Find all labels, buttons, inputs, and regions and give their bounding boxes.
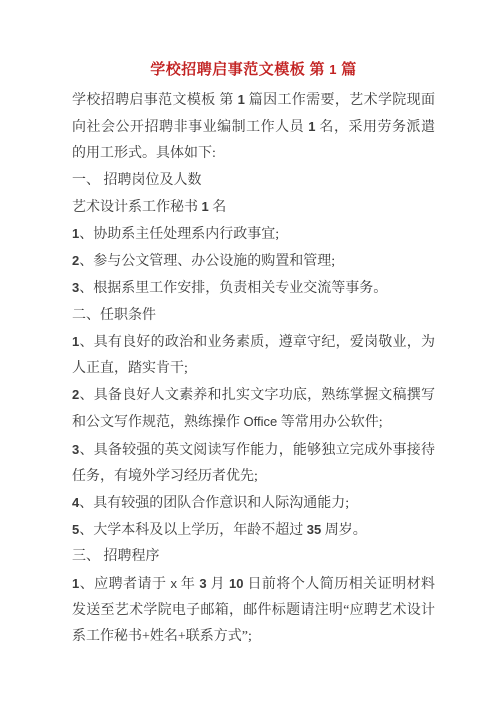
list-item: 4、具有较强的团队合作意识和人际沟通能力; <box>72 490 435 517</box>
list-item: 2、具备良好人文素养和扎实文字功底，熟练掌握文稿撰写和公文写作规范，熟练操作 O… <box>72 382 435 436</box>
list-item: 1、应聘者请于 x 年 3 月 10 日前将个人简历相关证明材料发送至艺术学院电… <box>72 571 435 651</box>
paragraph: 学校招聘启事范文模板 第 1 篇因工作需要，艺术学院现面向社会公开招聘非事业编制… <box>72 87 435 168</box>
document-page: 学校招聘启事范文模板 第 1 篇 学校招聘启事范文模板 第 1 篇因工作需要，艺… <box>0 0 500 707</box>
list-item: 5、大学本科及以上学历，年龄不超过 35 周岁。 <box>72 517 435 544</box>
list-item: 2、参与公文管理、办公设施的购置和管理; <box>72 248 435 275</box>
section-heading: 一、 招聘岗位及人数 <box>72 168 435 194</box>
list-item: 1、具有良好的政治和业务素质，遵章守纪，爱岗敬业，为人正直，踏实肯干; <box>72 329 435 382</box>
list-item: 1、协助系主任处理系内行政事宜; <box>72 221 435 248</box>
list-item: 3、根据系里工作安排，负责相关专业交流等事务。 <box>72 275 435 302</box>
list-item: 3、具备较强的英文阅读写作能力，能够独立完成外事接待任务，有境外学习经历者优先; <box>72 437 435 490</box>
document-title: 学校招聘启事范文模板 第 1 篇 <box>72 58 435 82</box>
paragraph: 艺术设计系工作秘书 1 名 <box>72 194 435 221</box>
section-heading: 三、 招聘程序 <box>72 544 435 570</box>
section-heading: 二、任职条件 <box>72 303 435 329</box>
